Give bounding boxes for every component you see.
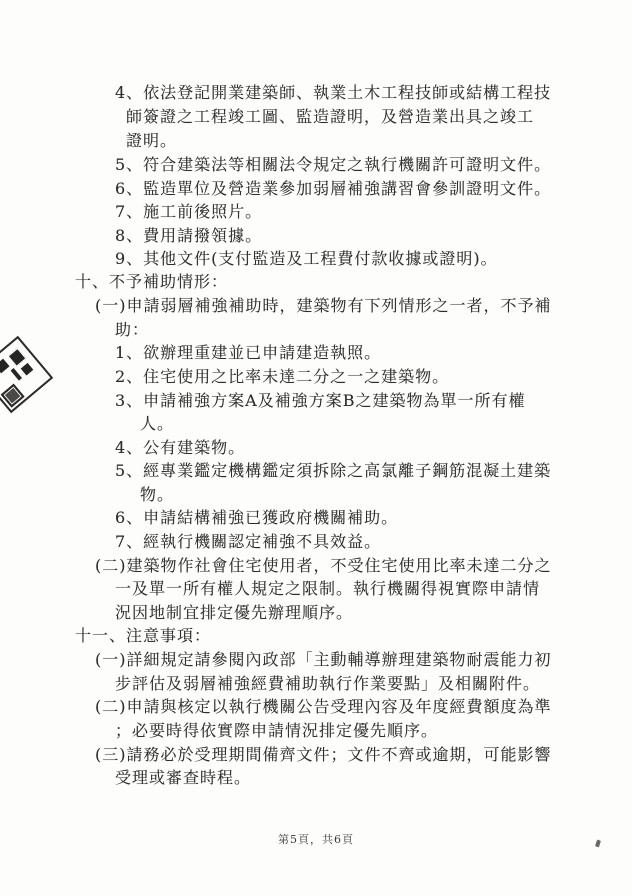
doc-line: 4、依法登記開業建築師、執業土木工程技師或結構工程技 xyxy=(115,85,551,101)
doc-line: (二)申請與核定以執行機關公告受理內容及年度經費額度為準 xyxy=(95,699,552,715)
stamp-glyph-mark xyxy=(0,359,10,374)
doc-line: 師簽證之工程竣工圖、監造證明，及營造業出具之竣工 xyxy=(126,109,534,125)
stamp-inner-box xyxy=(1,384,25,408)
doc-line: 7、經執行機關認定補強不具效益。 xyxy=(115,534,381,550)
doc-line: 人。 xyxy=(140,416,174,432)
doc-line: 況因地制宜排定優先辦理順序。 xyxy=(115,605,353,621)
doc-line: 6、監造單位及營造業參加弱層補強講習會參訓證明文件。 xyxy=(115,181,551,197)
doc-line: 證明。 xyxy=(126,133,177,149)
doc-line: 受理或審查時程。 xyxy=(115,770,251,786)
doc-line: 5、經專業鑑定機構鑑定須拆除之高氯離子鋼筋混凝土建築 xyxy=(115,463,551,479)
doc-line: 一及單一所有權人規定之限制。執行機關得視實際申請情 xyxy=(115,581,540,597)
stamp-glyph-mark xyxy=(21,363,34,376)
doc-line: (二)建築物作社會住宅使用者，不受住宅使用比率未達二分之 xyxy=(95,558,552,574)
doc-line: 9、其他文件(支付監造及工程費付款收據或證明)。 xyxy=(115,251,498,267)
doc-line: (一)申請弱層補強補助時，建築物有下列情形之一者，不予補 xyxy=(95,298,552,314)
page-number-footer: 第5頁，共6頁 xyxy=(0,831,632,847)
doc-line: 8、費用請撥領據。 xyxy=(115,228,262,244)
doc-line: 2、住宅使用之比率未達二分之一之建築物。 xyxy=(115,369,449,385)
doc-line: 助： xyxy=(115,322,149,338)
doc-line: 物。 xyxy=(140,487,174,503)
doc-line: 1、欲辦理重建並已申請建造執照。 xyxy=(115,345,381,361)
scanned-document-page: 4、依法登記開業建築師、執業土木工程技師或結構工程技 師簽證之工程竣工圖、監造證… xyxy=(0,0,632,896)
doc-line: (三)請務必於受理期間備齊文件；文件不齊或逾期，可能影響 xyxy=(95,747,552,763)
doc-line: 4、公有建築物。 xyxy=(115,440,245,456)
doc-line: 3、申請補強方案A及補強方案B之建築物為單一所有權 xyxy=(115,393,526,409)
stamp-glyph-mark xyxy=(11,368,22,381)
doc-section-heading: 十一、注意事項： xyxy=(75,628,211,644)
doc-line: 7、施工前後照片。 xyxy=(115,204,262,220)
doc-line: 步評估及弱層補強經費補助執行作業要點」及相關附件。 xyxy=(115,676,540,692)
stamp-glyph-mark xyxy=(8,348,27,367)
doc-line: 6、申請結構補強已獲政府機關補助。 xyxy=(115,510,398,526)
official-stamp-icon xyxy=(0,336,53,413)
doc-line: ；必要時得依實際申請情況排定優先順序。 xyxy=(115,723,438,739)
doc-line: (一)詳細規定請參閱內政部「主動輔導辦理建築物耐震能力初 xyxy=(95,652,552,668)
doc-section-heading: 十、不予補助情形： xyxy=(75,274,228,290)
doc-line: 5、符合建築法等相關法令規定之執行機關許可證明文件。 xyxy=(115,157,551,173)
